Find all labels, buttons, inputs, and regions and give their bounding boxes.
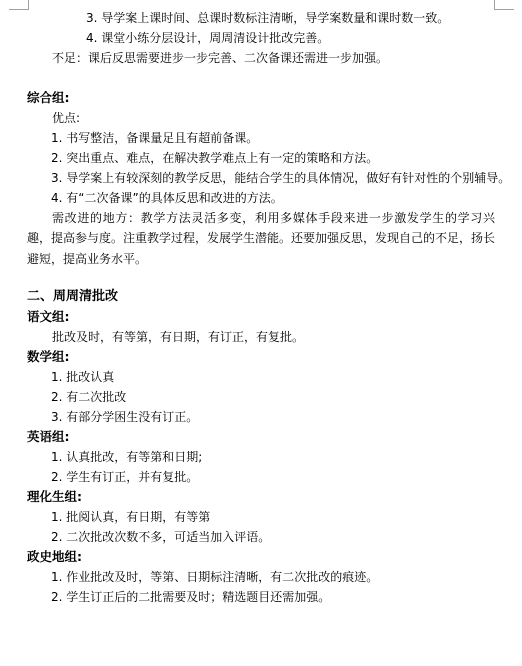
- page-corner-mark-top-left: [9, 0, 29, 10]
- group-heading-chinese: 语文组:: [27, 307, 497, 327]
- list-item: 1. 认真批改，有等第和日期;: [27, 447, 497, 467]
- list-item: 3. 有部分学困生没有订正。: [27, 407, 497, 427]
- document-page: 3. 导学案上课时间、总课时数标注清晰，导学案数量和课时数一致。 4. 课堂小练…: [27, 8, 497, 607]
- group-heading-english: 英语组:: [27, 427, 497, 447]
- list-item: 4. 有“二次备课”的具体反思和改进的方法。: [27, 188, 497, 208]
- list-item: 2. 学生订正后的二批需要及时；精选题目还需加强。: [27, 587, 497, 607]
- group-heading-math: 数学组:: [27, 347, 497, 367]
- list-item: 1. 批阅认真，有日期，有等第: [27, 507, 497, 527]
- list-item: 2. 有二次批改: [27, 387, 497, 407]
- list-item: 1. 书写整洁，备课量足且有超前备课。: [27, 128, 497, 148]
- list-item: 4. 课堂小练分层设计，周周清设计批改完善。: [27, 28, 497, 48]
- strengths-label: 优点:: [27, 108, 497, 128]
- spacer: [27, 269, 497, 287]
- list-item: 3. 导学案上课时间、总课时数标注清晰，导学案数量和课时数一致。: [27, 8, 497, 28]
- section-title: 二、周周清批改: [27, 287, 497, 307]
- list-item: 1. 批改认真: [27, 367, 497, 387]
- list-item: 2. 学生有订正，并有复批。: [27, 467, 497, 487]
- list-item: 批改及时，有等第，有日期，有订正，有复批。: [27, 327, 497, 347]
- group-heading-zonghe: 综合组:: [27, 88, 497, 108]
- page-corner-mark-top-right: [494, 0, 514, 10]
- spacer: [27, 68, 497, 88]
- list-item: 1. 作业批改及时，等第、日期标注清晰，有二次批改的痕迹。: [27, 567, 497, 587]
- list-item: 3. 导学案上有较深刻的教学反思，能结合学生的具体情况，做好有针对性的个别辅导。: [27, 168, 497, 188]
- list-item: 2. 突出重点、难点，在解决教学难点上有一定的策略和方法。: [27, 148, 497, 168]
- improvement-paragraph: 需改进的地方：教学方法灵活多变，利用多媒体手段来进一步激发学生的学习兴趣，提高参…: [27, 208, 495, 269]
- list-item: 2. 二次批改次数不多，可适当加入评语。: [27, 527, 497, 547]
- group-heading-humanities: 政史地组:: [27, 547, 497, 567]
- shortcoming-text: 不足：课后反思需要进步一步完善、二次备课还需进一步加强。: [27, 48, 497, 68]
- group-heading-science: 理化生组:: [27, 487, 497, 507]
